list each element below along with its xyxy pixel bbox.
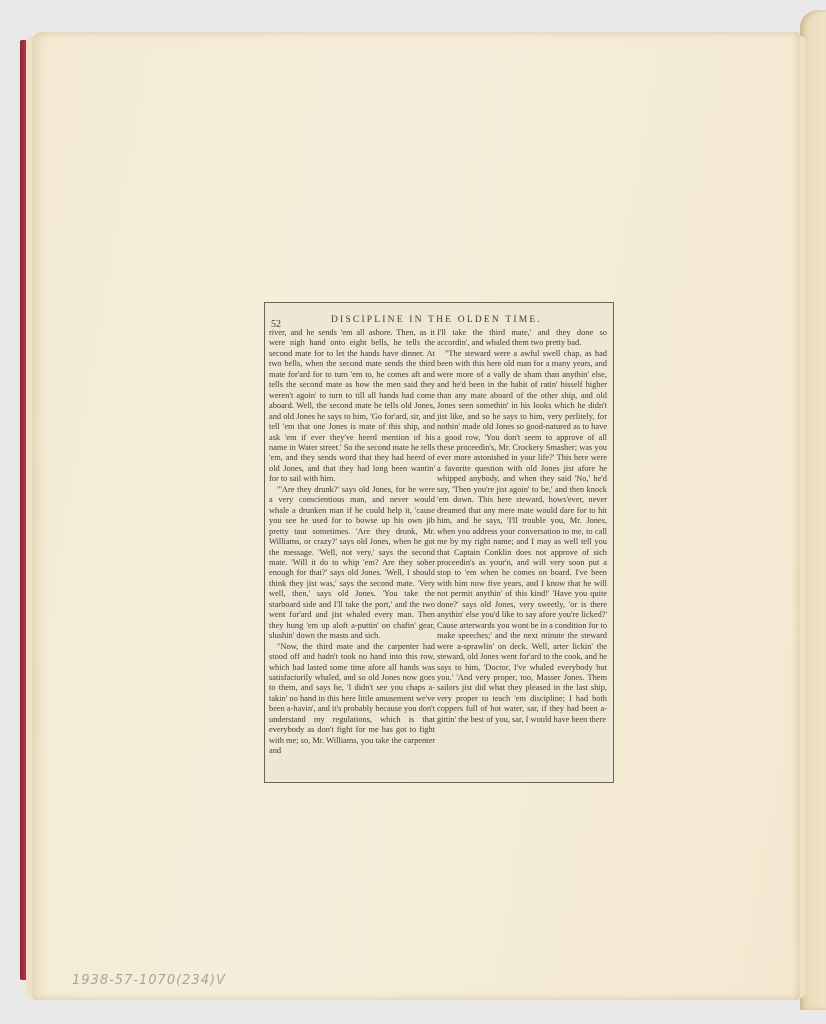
running-title: DISCIPLINE IN THE OLDEN TIME. (331, 315, 542, 325)
paragraph: "Now, the third mate and the carpenter h… (269, 642, 435, 757)
paragraph: river, and he sends 'em all ashore. Then… (269, 328, 435, 485)
paragraph: I'll take the third mate,' and they done… (437, 328, 607, 349)
accession-number-pencil: 1938-57-1070(234)V (72, 973, 226, 988)
paragraph: "'Are they drunk?' says old Jones, for h… (269, 485, 435, 642)
mounted-print-page: 52 DISCIPLINE IN THE OLDEN TIME. river, … (264, 302, 614, 783)
text-column-left: river, and he sends 'em all ashore. Then… (269, 328, 435, 757)
paragraph: "The steward were a awful swell chap, as… (437, 349, 607, 725)
page-header: 52 DISCIPLINE IN THE OLDEN TIME. (265, 309, 613, 325)
text-column-right: I'll take the third mate,' and they done… (437, 328, 607, 725)
